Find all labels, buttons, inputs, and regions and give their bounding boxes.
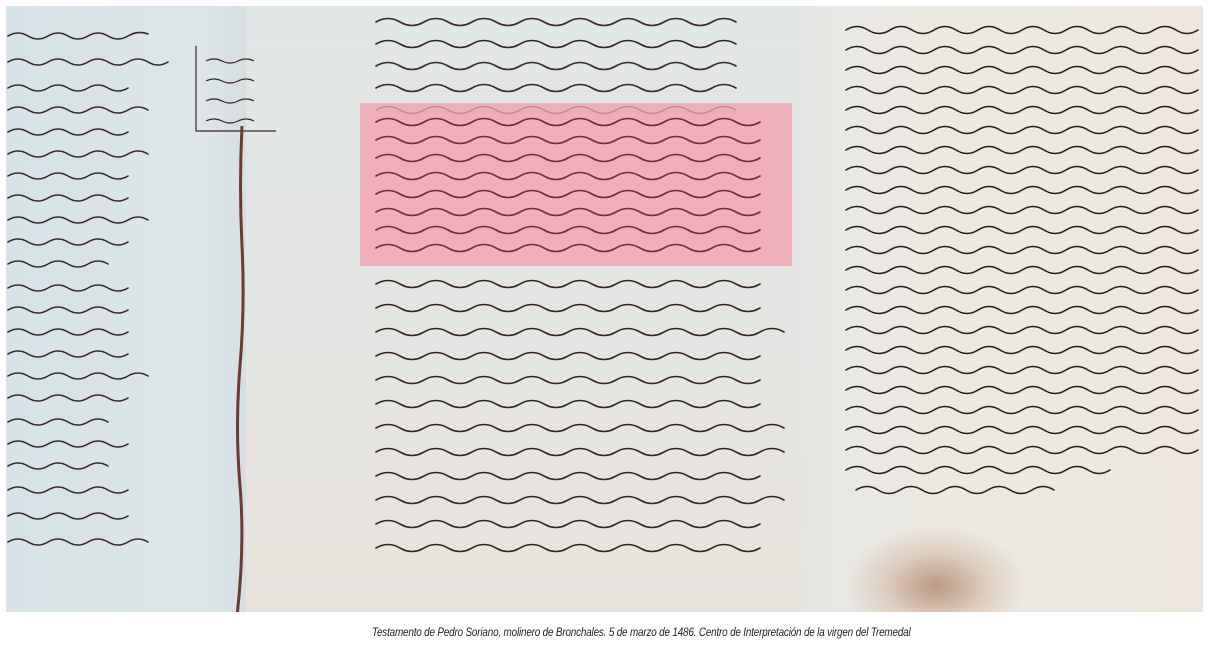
right-page-handwriting <box>846 24 1203 504</box>
photo-caption: Testamento de Pedro Soriano, molinero de… <box>372 627 911 639</box>
ink-stain <box>846 506 1096 612</box>
left-page-handwriting <box>6 26 206 576</box>
highlighted-handwriting <box>376 116 796 266</box>
middle-page-handwriting <box>376 16 816 556</box>
manuscript-photo <box>6 6 1203 612</box>
fold-line <box>236 126 246 612</box>
